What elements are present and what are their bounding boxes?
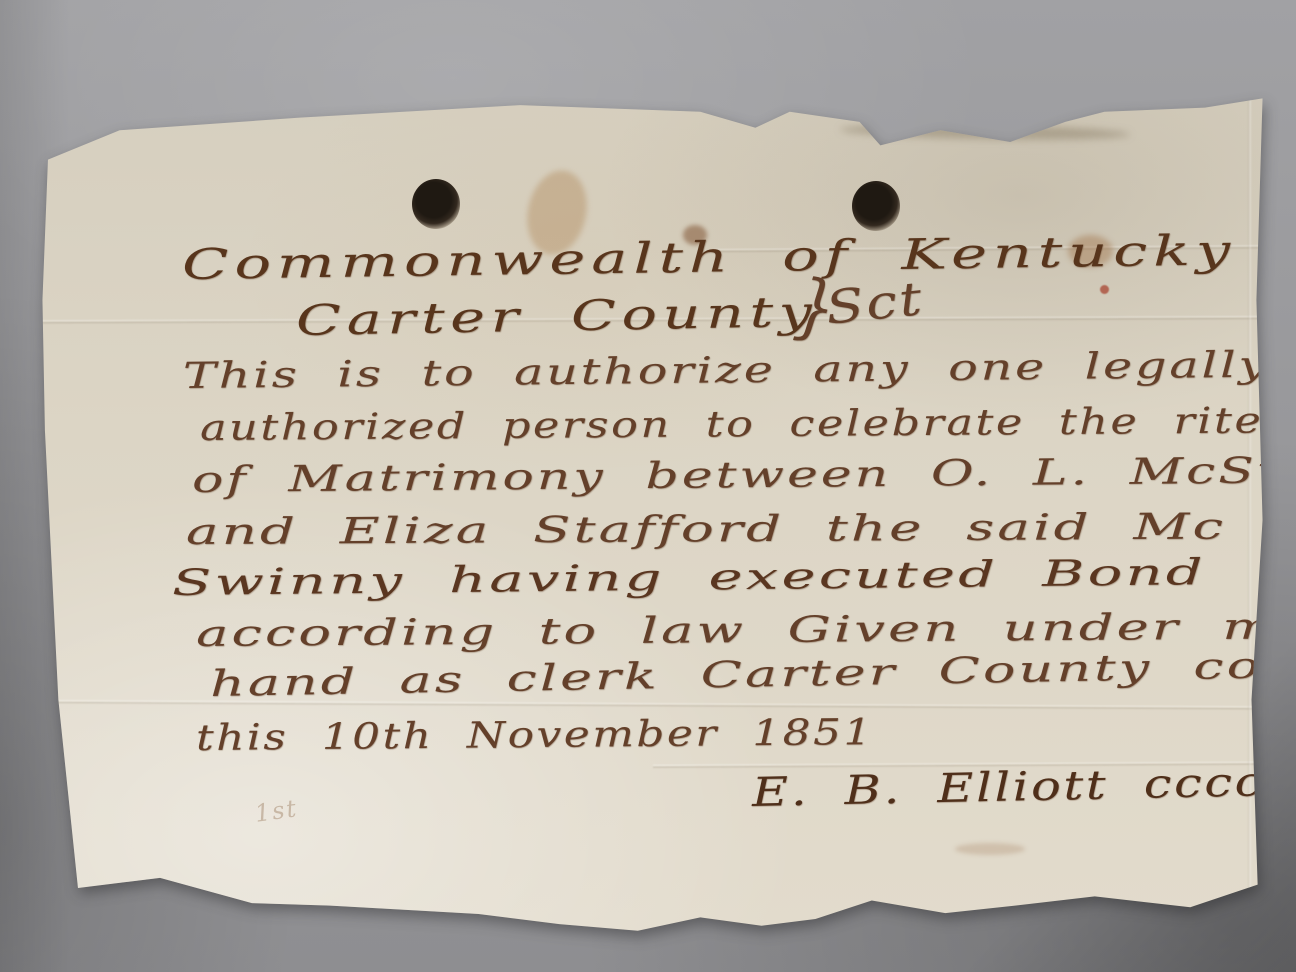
handwriting-line-body-3: of Matrimony between O. L. McSwinny: [192, 449, 1296, 501]
faint-pen-mark: 1st: [253, 794, 300, 828]
punch-hole-left: [412, 179, 460, 229]
attestation-label: Sct: [823, 271, 926, 335]
handwriting-line-commonwealth: Commonwealth of Kentucky: [182, 225, 1237, 289]
handwriting-line-body-4: and Eliza Stafford the said Mc: [186, 507, 1226, 553]
punch-hole-right: [852, 181, 900, 231]
handwriting-line-body-2: authorized person to celebrate the rites: [200, 400, 1289, 449]
photo-frame: Commonwealth of Kentucky Carter County }…: [0, 0, 1296, 972]
handwriting-line-date: this 10th November 1851: [196, 712, 874, 759]
fold-crease-vertical: [1248, 95, 1252, 935]
ink-stain: [1100, 285, 1109, 294]
paper-shadow: Commonwealth of Kentucky Carter County }…: [0, 0, 1296, 972]
handwriting-line-body-1: This is to authorize any one legally: [183, 345, 1270, 397]
torn-edge-shadow: [840, 122, 1130, 141]
handwriting-line-body-5: Swinny having executed Bond: [172, 552, 1206, 604]
signature-line: E. B. Elliott cccc: [752, 759, 1266, 816]
document-paper: Commonwealth of Kentucky Carter County }…: [40, 95, 1265, 935]
ink-stain: [955, 843, 1025, 855]
handwriting-line-county: Carter County: [296, 287, 818, 345]
